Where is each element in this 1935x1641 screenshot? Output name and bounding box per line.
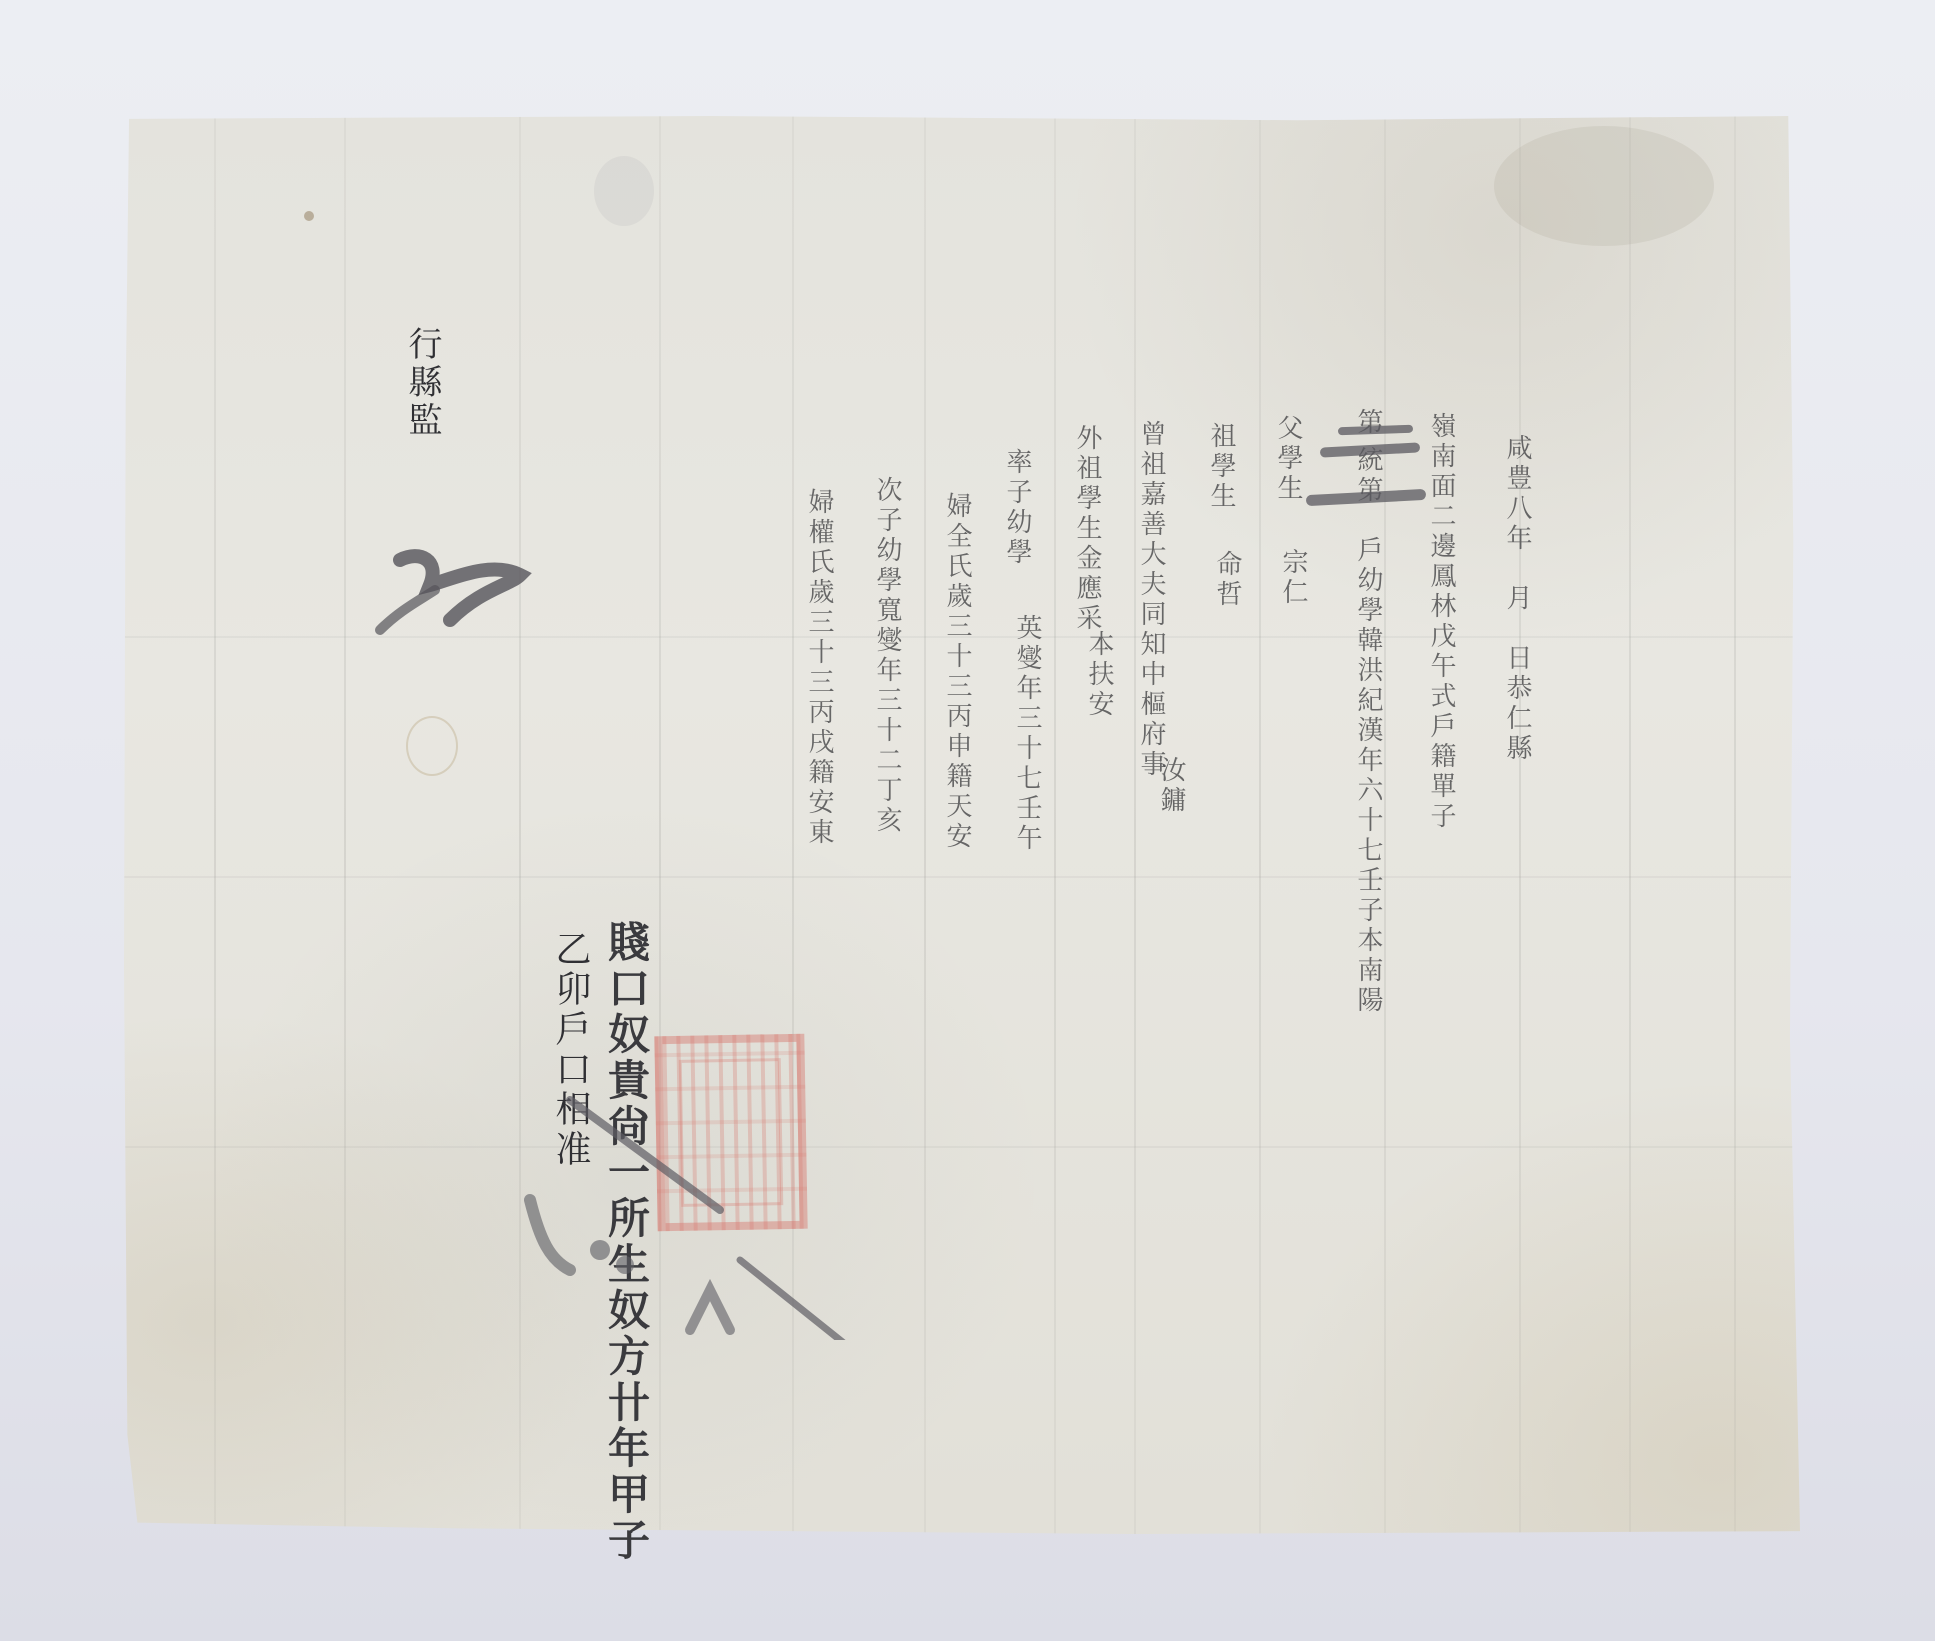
daughter-in-law-2: 婦權氏歲三十三丙戌籍安東 [806,488,832,848]
fold-line [344,116,346,1534]
fold-line [924,116,926,1534]
signature-mark [360,540,540,650]
maternal-grandfather-origin: 本扶安 [1086,630,1112,720]
head-of-household-line: 統第 戶幼學韓洪紀漢年六十七壬子本南陽 [1355,446,1381,1016]
grandfather-label: 祖學生 [1208,422,1234,512]
official-title: 行縣監 [405,326,439,440]
fold-line [214,116,216,1534]
fold-line [1259,116,1261,1534]
fold-line [1519,116,1521,1534]
son-details: 英燮年三十七壬午 [1014,614,1040,854]
great-grandfather-name: 汝鏞 [1158,756,1184,816]
date-line: 咸豊八年 月 日恭仁縣 [1504,434,1530,764]
address-line: 嶺南面二邊鳳林戊午式戶籍單子 [1428,412,1454,832]
fold-line [1054,116,1056,1534]
father-name: 宗仁 [1280,548,1306,608]
approval-brush-mark [450,1060,900,1340]
fold-line [1629,116,1631,1534]
son-label: 率子幼學 [1004,448,1030,568]
fold-line [1134,116,1136,1534]
father-label: 父學生 [1275,414,1301,504]
great-grandfather-line: 曾祖嘉善大夫同知中樞府事 [1138,420,1164,780]
discoloration [1494,126,1714,246]
fold-line [124,876,1800,878]
fold-line [1384,116,1386,1534]
second-son-line: 次子幼學寬燮年三十二丁亥 [874,476,900,836]
daughter-in-law-1: 婦全氏歲三十三丙申籍天安 [944,492,970,852]
water-stain [594,156,654,226]
ink-spot [304,211,314,221]
fold-line [1734,116,1736,1534]
fold-line [124,1146,1800,1148]
maternal-grandfather-line: 外祖學生金應采 [1074,424,1100,634]
grandfather-name: 命哲 [1214,550,1240,610]
water-stain [406,716,458,776]
